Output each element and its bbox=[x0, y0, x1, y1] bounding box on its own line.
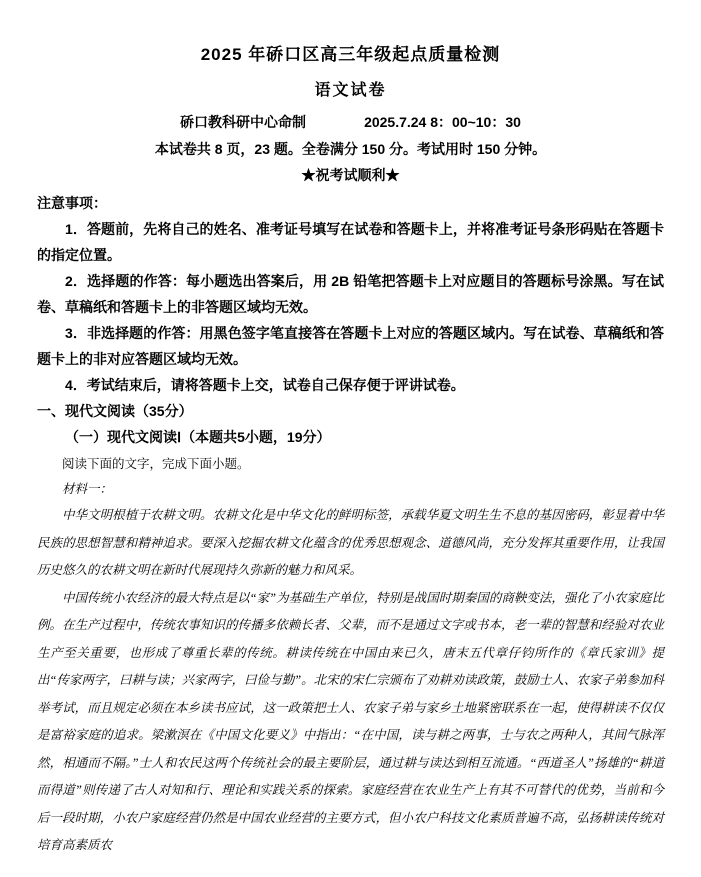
exam-subject-title: 语文试卷 bbox=[37, 81, 664, 101]
notices-section: 注意事项： 1．答题前，先将自己的姓名、准考证号填写在试卷和答题卡上，并将准考证… bbox=[37, 190, 664, 398]
exam-paper-page: 2025 年硚口区高三年级起点质量检测 语文试卷 硚口教科研中心命制 2025.… bbox=[0, 0, 701, 877]
exam-issuer: 硚口教科研中心命制 bbox=[180, 113, 306, 131]
notice-item-3: 3．非选择题的作答：用黑色签字笔直接答在答题卡上对应的答题区域内。写在试卷、草稿… bbox=[37, 320, 664, 372]
exam-datetime: 2025.7.24 8：00~10：30 bbox=[364, 113, 521, 131]
material-1-label: 材料一： bbox=[37, 476, 664, 502]
notices-heading: 注意事项： bbox=[37, 190, 664, 216]
notice-item-2: 2．选择题的作答：每小题选出答案后，用 2B 铅笔把答题卡上对应题目的答题标号涂… bbox=[37, 268, 664, 320]
material-1-paragraph-1: 中华文明根植于农耕文明。农耕文化是中华文化的鲜明标签，承载华夏文明生生不息的基因… bbox=[37, 502, 664, 585]
material-1-paragraph-2: 中国传统小农经济的最大特点是以“家”为基础生产单位，特别是战国时期秦国的商鞅变法… bbox=[37, 585, 664, 860]
section-1-1-heading: （一）现代文阅读Ⅰ（本题共5小题，19分） bbox=[37, 424, 664, 450]
notice-item-1: 1．答题前，先将自己的姓名、准考证号填写在试卷和答题卡上，并将准考证号条形码贴在… bbox=[37, 216, 664, 268]
exam-wish-line: ★祝考试顺利★ bbox=[37, 166, 664, 184]
exam-info-line: 本试卷共 8 页，23 题。全卷满分 150 分。考试用时 150 分钟。 bbox=[37, 140, 664, 158]
exam-meta-line: 硚口教科研中心命制 2025.7.24 8：00~10：30 bbox=[37, 113, 664, 131]
section-1-heading: 一、现代文阅读（35分） bbox=[37, 398, 664, 424]
notice-item-4: 4．考试结束后，请将答题卡上交，试卷自己保存便于评讲试卷。 bbox=[37, 372, 664, 398]
reading-instruction: 阅读下面的文字，完成下面小题。 bbox=[37, 452, 664, 476]
exam-title: 2025 年硚口区高三年级起点质量检测 bbox=[37, 44, 664, 66]
